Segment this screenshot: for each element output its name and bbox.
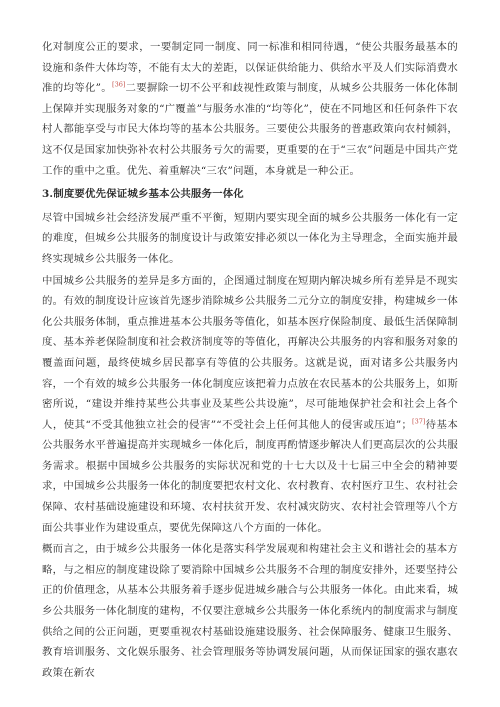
body-paragraph: 中国城乡公共服务的差异是多方面的，企图通过制度在短期内解决城乡所有差异是不现实的… bbox=[42, 271, 458, 539]
document-content: 化对制度公正的要求，一要制定同一制度、同一标准和相同待遇，“使公共服务最基本的设… bbox=[42, 37, 458, 683]
paragraph-text: 待基本公共服务水平普遍提高并实现城乡一体化后，制度再酌情逐步解决人们更高层次的公… bbox=[42, 419, 458, 534]
paragraph-text: 概而言之，由于城乡公共服务一体化是落实科学发展观和构建社会主义和谐社会的基本方略… bbox=[42, 543, 458, 679]
document-page: 化对制度公正的要求，一要制定同一制度、同一标准和相同待遇，“使公共服务最基本的设… bbox=[0, 0, 500, 707]
paragraph-text: 尽管中国城乡社会经济发展严重不平衡，短期内要实现全面的城乡公共服务一体化有一定的… bbox=[42, 212, 458, 265]
heading-text: 3.制度要优先保证城乡基本公共服务一体化 bbox=[42, 188, 244, 200]
paragraph-text: 二要摒除一切不公平和歧视性政策与制度，从城乡公共服务一体化体制上保障并实现服务对… bbox=[42, 82, 458, 176]
citation-marker: [37] bbox=[412, 417, 425, 425]
citation-marker: [36] bbox=[112, 81, 125, 89]
body-paragraph: 尽管中国城乡社会经济发展严重不平衡，短期内要实现全面的城乡公共服务一体化有一定的… bbox=[42, 208, 458, 270]
body-paragraph: 化对制度公正的要求，一要制定同一制度、同一标准和相同待遇，“使公共服务最基本的设… bbox=[42, 37, 458, 181]
body-paragraph: 概而言之，由于城乡公共服务一体化是落实科学发展观和构建社会主义和谐社会的基本方略… bbox=[42, 539, 458, 683]
paragraph-text: 中国城乡公共服务的差异是多方面的，企图通过制度在短期内解决城乡所有差异是不现实的… bbox=[42, 275, 458, 431]
section-heading: 3.制度要优先保证城乡基本公共服务一体化 bbox=[42, 184, 458, 205]
